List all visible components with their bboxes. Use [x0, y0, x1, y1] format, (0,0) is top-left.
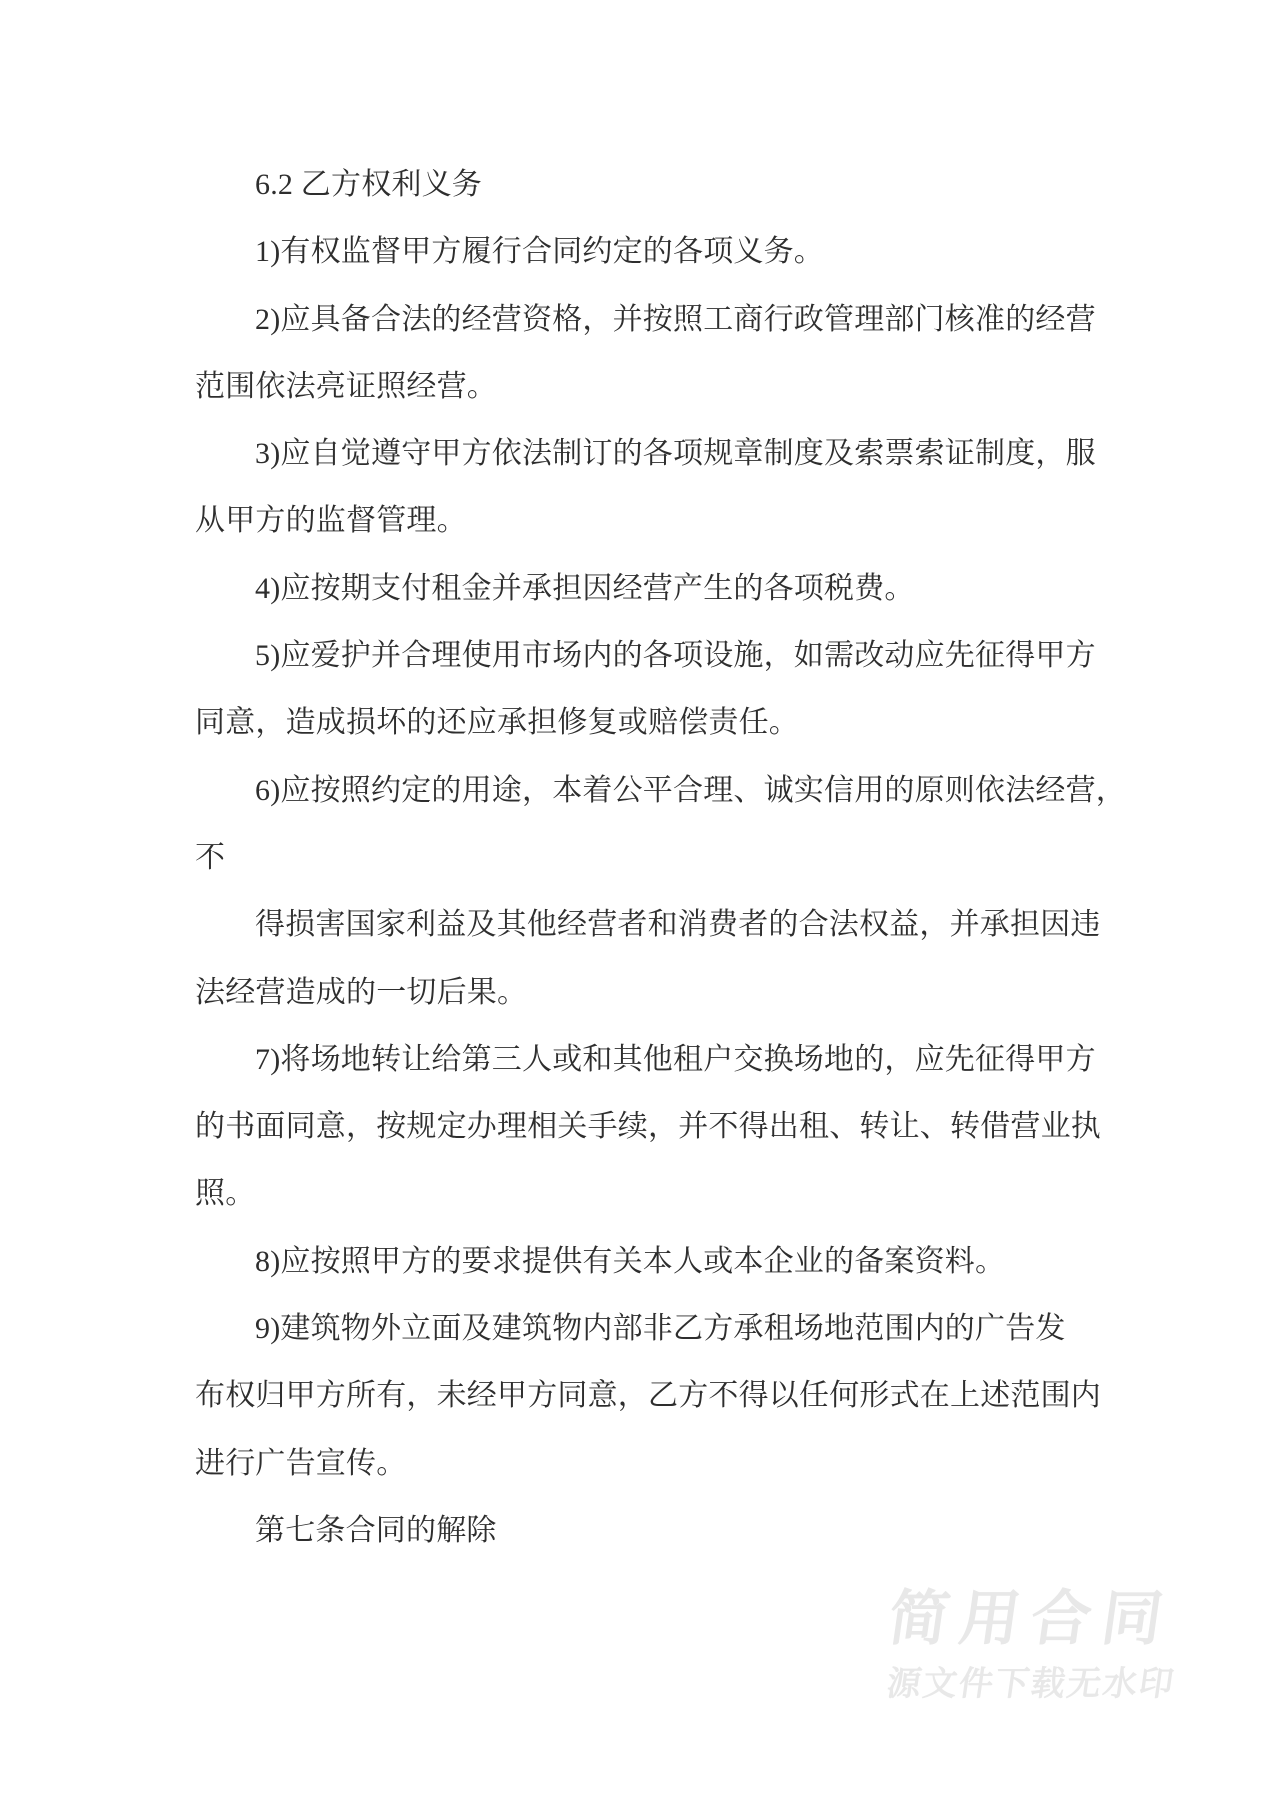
text-line: 范围依法亮证照经营。: [195, 353, 1095, 420]
watermark: 简用合同 源文件下载无水印: [880, 1586, 1182, 1702]
text-line: 5)应爱护并合理使用市场内的各项设施，如需改动应先征得甲方: [195, 622, 1095, 689]
text-line: 照。: [195, 1160, 1095, 1227]
watermark-title: 简用合同: [875, 1586, 1186, 1652]
text-line: 得损害国家利益及其他经营者和消费者的合法权益，并承担因违: [195, 891, 1095, 958]
text-line: 不: [195, 824, 1095, 891]
text-line: 进行广告宣传。: [195, 1430, 1095, 1497]
contract-text-block: 6.2 乙方权利义务 1)有权监督甲方履行合同约定的各项义务。 2)应具备合法的…: [195, 151, 1095, 1564]
contract-page: 6.2 乙方权利义务 1)有权监督甲方履行合同约定的各项义务。 2)应具备合法的…: [0, 0, 1280, 1810]
text-line: 7)将场地转让给第三人或和其他租户交换场地的，应先征得甲方: [195, 1026, 1095, 1093]
text-line: 1)有权监督甲方履行合同约定的各项义务。: [195, 218, 1095, 285]
text-line: 2)应具备合法的经营资格，并按照工商行政管理部门核准的经营: [195, 286, 1095, 353]
text-line: 8)应按照甲方的要求提供有关本人或本企业的备案资料。: [195, 1228, 1095, 1295]
text-line: 的书面同意，按规定办理相关手续，并不得出租、转让、转借营业执: [195, 1093, 1095, 1160]
text-line: 6)应按照约定的用途，本着公平合理、诚实信用的原则依法经营，: [195, 757, 1095, 824]
watermark-subtitle: 源文件下载无水印: [877, 1666, 1184, 1702]
text-line: 9)建筑物外立面及建筑物内部非乙方承租场地范围内的广告发: [195, 1295, 1095, 1362]
text-line: 同意，造成损坏的还应承担修复或赔偿责任。: [195, 689, 1095, 756]
text-line: 4)应按期支付租金并承担因经营产生的各项税费。: [195, 555, 1095, 622]
section-heading: 第七条合同的解除: [195, 1497, 1095, 1564]
text-line: 布权归甲方所有，未经甲方同意，乙方不得以任何形式在上述范围内: [195, 1362, 1095, 1429]
text-line: 3)应自觉遵守甲方依法制订的各项规章制度及索票索证制度，服: [195, 420, 1095, 487]
text-line: 法经营造成的一切后果。: [195, 959, 1095, 1026]
section-heading: 6.2 乙方权利义务: [195, 151, 1095, 218]
text-line: 从甲方的监督管理。: [195, 487, 1095, 554]
